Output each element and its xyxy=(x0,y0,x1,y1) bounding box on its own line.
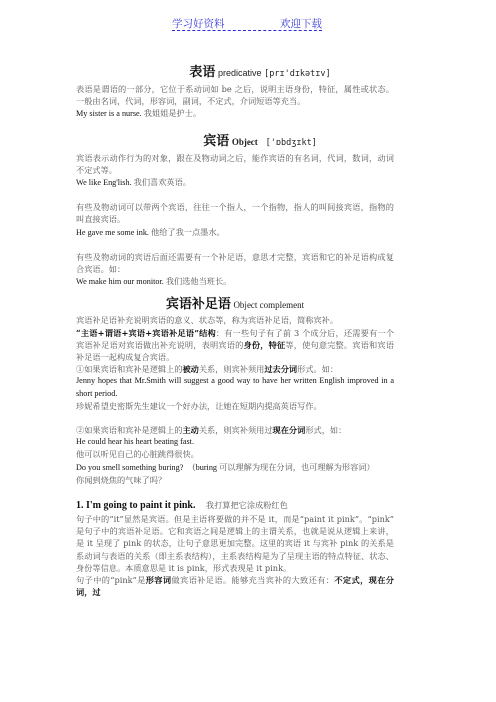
rule-2-example-2-cn: 你闻到烧焦的气味了吗？ xyxy=(76,474,394,486)
rule-2-example-1-cn: 他可以听见自己的心脏跳得很快。 xyxy=(76,448,394,460)
document-body: 表语 predicative [prɪ'dɪkətɪv] 表语是谓语的一部分，它… xyxy=(76,64,394,599)
rule-1-example-cn: 珍妮希望史密斯先生建议一个好办法，让她在短期内提高英语写作。 xyxy=(76,400,394,412)
object-complement-structure: “主语+谓语+宾语+宾语补足语”结构：有一些句子有了前 3 个成分后，还需要有一… xyxy=(76,327,394,364)
rule-1: ①如果宾语和宾补是逻辑上的被动关系，则宾补须用过去分词形式。如： xyxy=(76,363,394,375)
object-example-2: He gave me some ink. 他给了我一点墨水。 xyxy=(76,226,394,239)
object-desc-3: 有些及物动词的宾语后面还需要有一个补足语，意思才完整，宾语和它的补足语构成复合宾… xyxy=(76,251,394,275)
rule-2-example-2-en: Do you smell something buring? （buring 可… xyxy=(76,461,394,474)
object-example-1: We like Eng'lish. 我们喜欢英语。 xyxy=(76,176,394,189)
rule-2: ②如果宾语和宾补是逻辑上的主动关系，则宾补须用过现在分词形式，如： xyxy=(76,424,394,436)
object-desc: 宾语表示动作行为的对象，跟在及物动词之后，能作宾语的有名词，代词，数词，动词不定… xyxy=(76,152,394,176)
example-1-para: 句子中的“it”显然是宾语。但是主语将要做的并不是 it，而是“paint it… xyxy=(76,513,394,574)
header-left-link[interactable]: 学习好资料 xyxy=(172,16,225,31)
header-right-link[interactable]: 欢迎下载 xyxy=(280,16,322,31)
object-complement-title: 宾语补足语 Object complement xyxy=(76,296,394,314)
object-desc-2: 有些及物动词可以带两个宾语，往往一个指人，一个指物，指人的叫间接宾语，指物的叫直… xyxy=(76,201,394,225)
example-1-heading: 1. I'm going to paint it pink. 我打算把它涂成粉红… xyxy=(76,498,394,513)
rule-1-example-en: Jenny hopes that Mr.Smith will suggest a… xyxy=(76,375,394,399)
page-header: 学习好资料 欢迎下载 xyxy=(172,14,322,31)
object-complement-desc: 宾语补足语补充说明宾语的意义、状态等，称为宾语补足语，简称宾补。 xyxy=(76,314,394,326)
predicative-example: My sister is a nurse. 我姐姐是护士。 xyxy=(76,107,394,120)
predicative-title: 表语 predicative [prɪ'dɪkətɪv] xyxy=(76,64,394,83)
rule-2-example-1-en: He could hear his heart beating fast. xyxy=(76,436,394,448)
object-example-3: We make him our monitor. 我们选他当班长。 xyxy=(76,275,394,288)
example-1-para-2: 句子中的“pink”是形容词做宾语补足语。能够充当宾补的大致还有：不定式，现在分… xyxy=(76,574,394,598)
predicative-desc: 表语是谓语的一部分，它位于系动词如 be 之后，说明主语身份，特征，属性或状态。… xyxy=(76,83,394,107)
object-title: 宾语 Object ['ɒbdʒɪkt] xyxy=(76,133,394,152)
